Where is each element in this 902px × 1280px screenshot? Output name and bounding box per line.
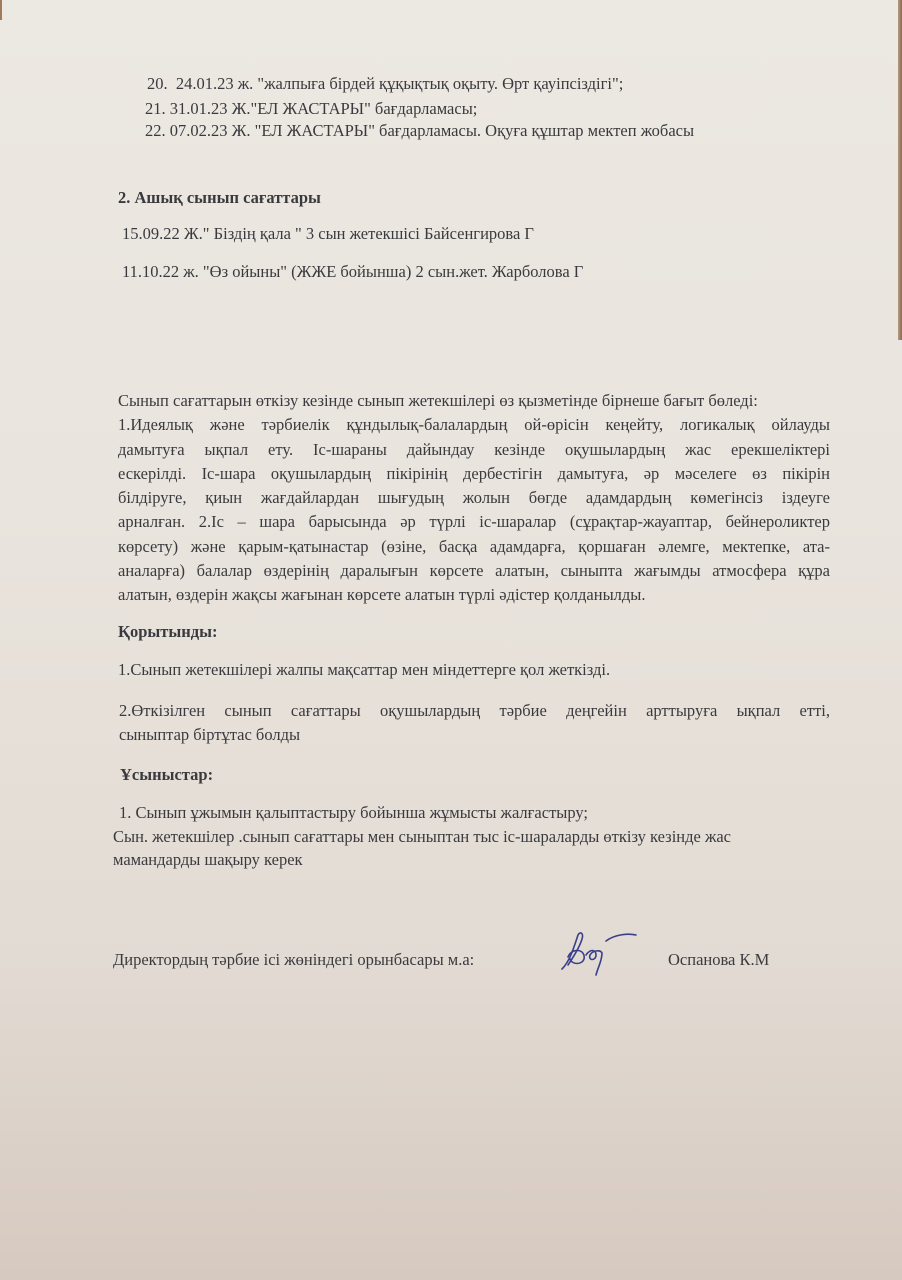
signatory-position: Директордың тәрбие ісі жөніндегі орынбас… — [113, 952, 474, 969]
page-edge-shadow — [0, 0, 2, 20]
paragraph-line: білдіруге, қиын жағдайлардан шығудың жол… — [118, 486, 830, 510]
paragraph-line: алатын, өздерін жақсы жағынан көрсете ал… — [118, 583, 830, 607]
list-item: 20. 24.01.23 ж. "жалпыға бірдей құқықтық… — [147, 76, 623, 93]
recommendation-item: Сын. жетекшілер .сынып сағаттары мен сын… — [113, 829, 731, 846]
paragraph-line: 1.Идеялық және тәрбиелік құндылық-балала… — [118, 413, 830, 437]
open-class-item: 11.10.22 ж. "Өз ойыны" (ЖЖЕ бойынша) 2 с… — [122, 264, 583, 281]
paragraph-line: дамытуға ықпал ету. Іс-шараны дайындау к… — [118, 438, 830, 462]
list-item-number: 20. — [147, 74, 168, 93]
section-heading-recommendations: Ұсыныстар: — [120, 767, 213, 784]
recommendation-item: мамандарды шақыру керек — [113, 852, 303, 869]
paragraph-line: аналарға) балалар өздерінің даралығын кө… — [118, 559, 830, 583]
section-heading-open-classes: 2. Ашық сынып сағаттары — [118, 190, 321, 207]
main-paragraph: Сынып сағаттарын өткізу кезінде сынып же… — [118, 389, 830, 608]
list-item-text: 07.02.23 Ж. "ЕЛ ЖАСТАРЫ" бағдарламасы. О… — [170, 121, 694, 140]
handwritten-signature — [556, 925, 646, 980]
paragraph-line: ескерілді. Іс-шара оқушылардың пікірінің… — [118, 462, 830, 486]
paragraph-line: көрсету) және қарым-қатынастар (өзіне, б… — [118, 535, 830, 559]
paragraph-line: Сынып сағаттарын өткізу кезінде сынып же… — [118, 389, 830, 413]
list-item: 21. 31.01.23 Ж."ЕЛ ЖАСТАРЫ" бағдарламасы… — [145, 101, 477, 118]
paragraph-line: 2.Өткізілген сынып сағаттары оқушылардың… — [119, 699, 830, 723]
page-edge-shadow — [898, 0, 902, 340]
list-item: 22. 07.02.23 Ж. "ЕЛ ЖАСТАРЫ" бағдарламас… — [145, 123, 694, 140]
list-item-number: 21. — [145, 99, 166, 118]
list-item-number: 22. — [145, 121, 166, 140]
conclusion-item: 1.Сынып жетекшілері жалпы мақсаттар мен … — [118, 662, 610, 679]
paragraph-line: сыныптар біртұтас болды — [119, 723, 830, 747]
conclusion-item: 2.Өткізілген сынып сағаттары оқушылардың… — [119, 699, 830, 748]
section-heading-conclusion: Қорытынды: — [118, 624, 218, 641]
signatory-name: Оспанова К.М — [668, 952, 769, 969]
open-class-item: 15.09.22 Ж." Біздің қала " 3 сын жетекші… — [122, 226, 534, 243]
paragraph-line: арналған. 2.Іс – шара барысында әр түрлі… — [118, 510, 830, 534]
list-item-text: 24.01.23 ж. "жалпыға бірдей құқықтық оқы… — [176, 74, 623, 93]
list-item-text: 31.01.23 Ж."ЕЛ ЖАСТАРЫ" бағдарламасы; — [170, 99, 478, 118]
recommendation-item: 1. Сынып ұжымын қалыптастыру бойынша жұм… — [119, 805, 588, 822]
